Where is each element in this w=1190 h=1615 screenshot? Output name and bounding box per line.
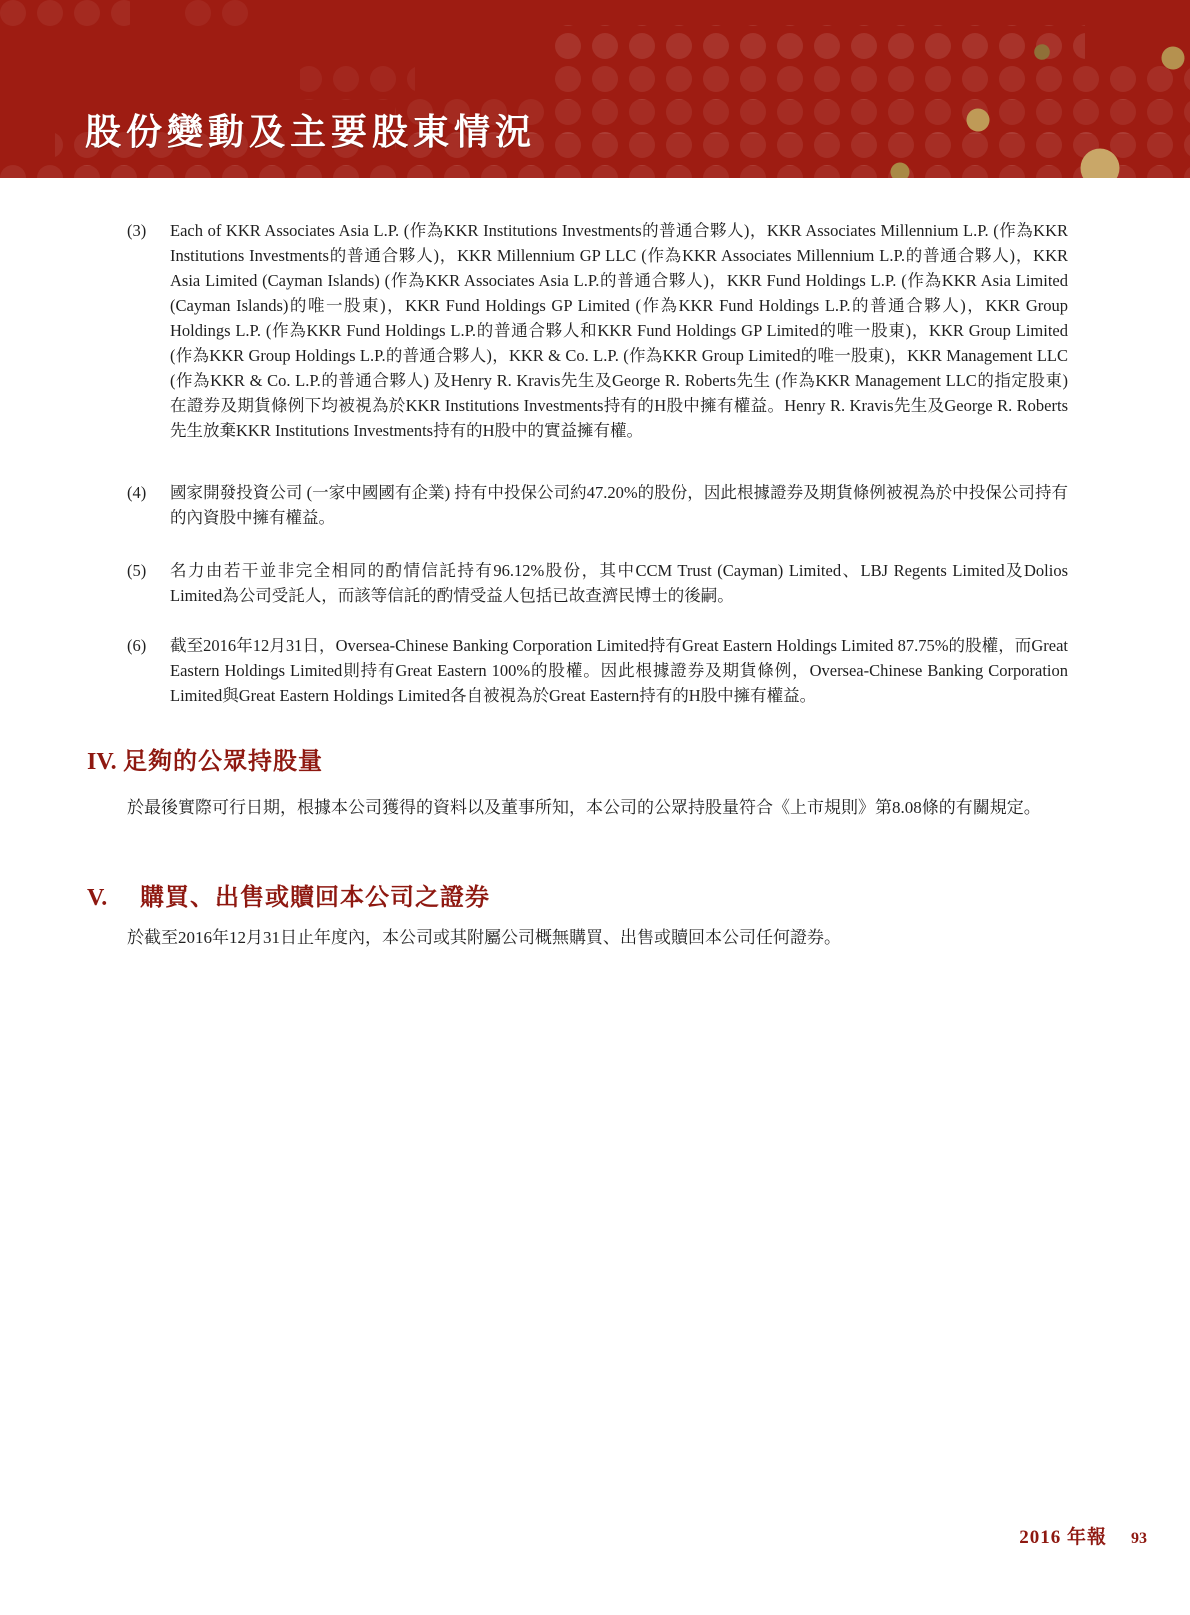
section-heading: IV. 足夠的公眾持股量 (87, 748, 323, 776)
section-body: 於最後實際可行日期，根據本公司獲得的資料以及董事所知，本公司的公眾持股量符合《上… (127, 793, 1068, 823)
page-title: 股份變動及主要股東情況 (85, 104, 536, 155)
footnote-text: 國家開發投資公司 (一家中國國有企業) 持有中投保公司約47.20%的股份，因此… (170, 480, 1068, 530)
section-title: 足夠的公眾持股量 (123, 748, 323, 776)
page-footer: 2016 年報 93 (1019, 1522, 1147, 1549)
report-title: 2016 年報 (1019, 1522, 1107, 1549)
section-heading: V. 購買、出售或贖回本公司之證券 (87, 884, 490, 912)
footnote-number: (4) (127, 480, 170, 530)
page-header-banner: 股份變動及主要股東情況 (0, 0, 1190, 178)
footnote-number: (3) (127, 218, 170, 443)
section-body: 於截至2016年12月31日止年度內，本公司或其附屬公司概無購買、出售或贖回本公… (127, 923, 1068, 953)
section-title: 購買、出售或贖回本公司之證券 (140, 884, 490, 912)
footnote-text: 名力由若干並非完全相同的酌情信託持有96.12%股份，其中CCM Trust (… (170, 558, 1068, 608)
footnote: (3) Each of KKR Associates Asia L.P. (作為… (127, 218, 1068, 443)
footnote-number: (6) (127, 633, 170, 708)
footnote-text: 截至2016年12月31日，Oversea-Chinese Banking Co… (170, 633, 1068, 708)
document-page: 股份變動及主要股東情況 (3) Each of KKR Associates A… (0, 0, 1190, 1615)
section-number: V. (87, 884, 140, 912)
page-number: 93 (1131, 1530, 1147, 1548)
footnote-text: Each of KKR Associates Asia L.P. (作為KKR … (170, 218, 1068, 443)
footnote: (6) 截至2016年12月31日，Oversea-Chinese Bankin… (127, 633, 1068, 708)
section-number: IV. (87, 748, 123, 776)
footnote: (4) 國家開發投資公司 (一家中國國有企業) 持有中投保公司約47.20%的股… (127, 480, 1068, 530)
footnote-number: (5) (127, 558, 170, 608)
footnote: (5) 名力由若干並非完全相同的酌情信託持有96.12%股份，其中CCM Tru… (127, 558, 1068, 608)
